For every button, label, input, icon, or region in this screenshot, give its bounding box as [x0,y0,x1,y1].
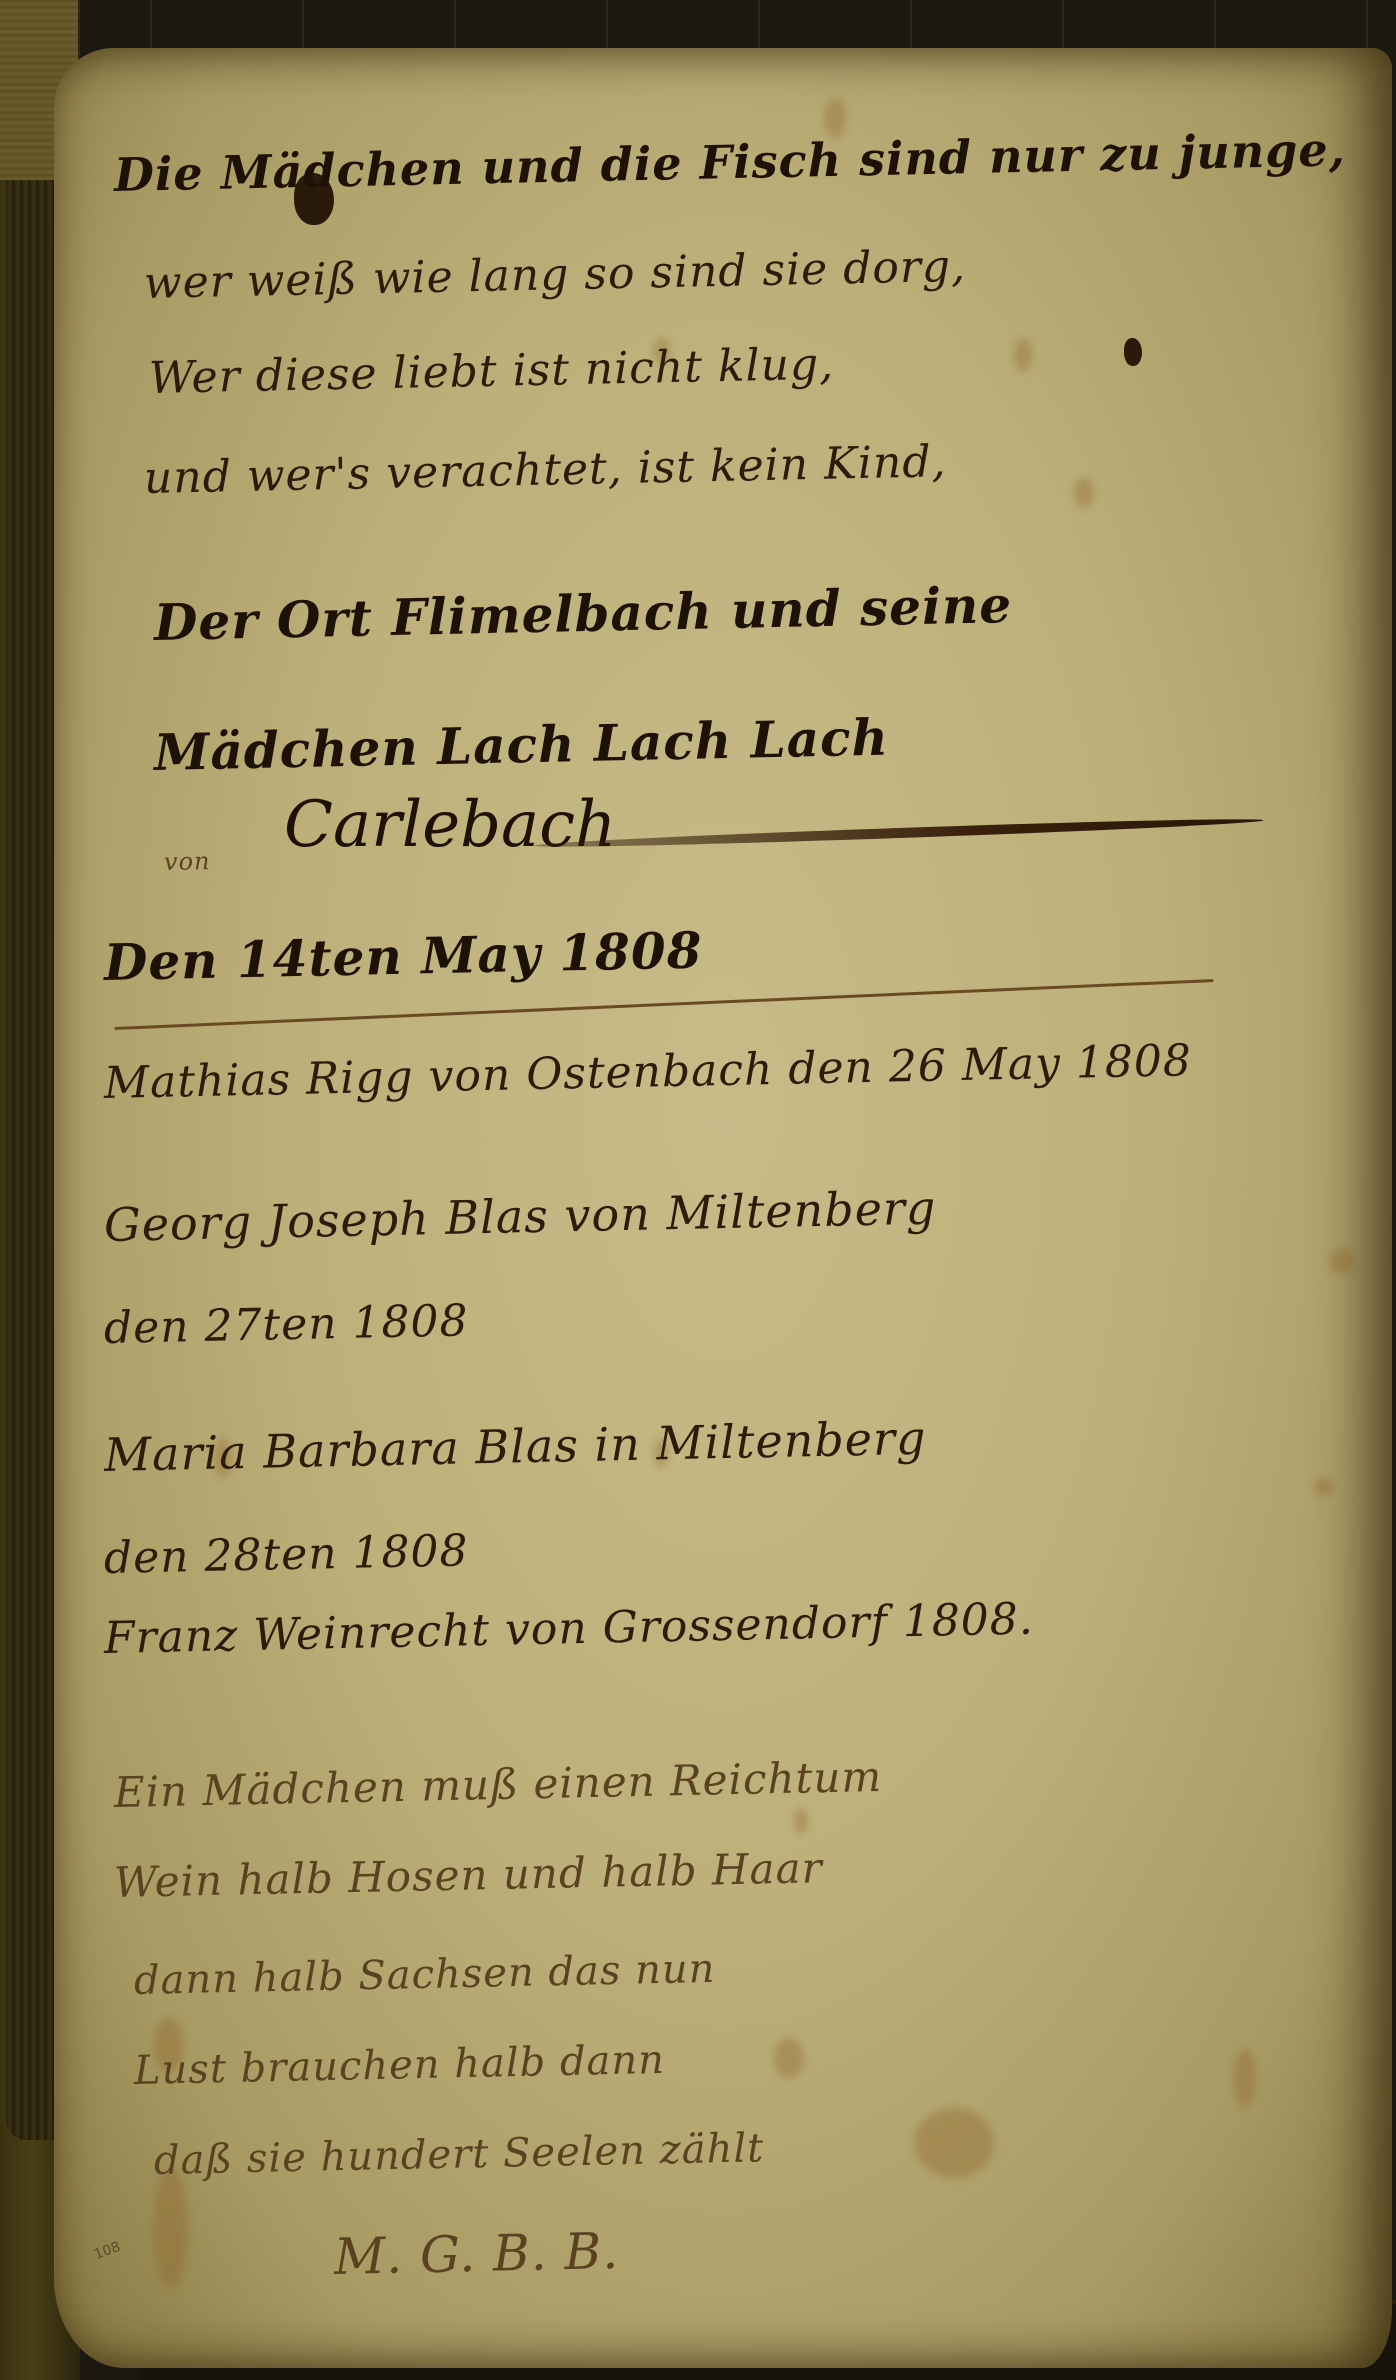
closing-initials: M. G. B. B. [333,2222,619,2286]
manuscript-page: Die Mädchen und die Fisch sind nur zu ju… [54,48,1392,2368]
entry-2-date: den 27ten 1808 [103,1295,469,1354]
pencil-page-number: 108 [92,2239,123,2263]
closing-verse-line-3: dann halb Sachsen das nun [134,1946,716,2004]
closing-verse-line-5: daß sie hundert Seelen zählt [154,2125,765,2184]
date-line: Den 14ten May 1808 [103,920,703,992]
foxing-spot [1314,1478,1334,1496]
signature-name: Carlebach [284,788,616,862]
ink-blot [1124,338,1142,366]
foxing-spot [774,2038,804,2078]
closing-verse-line-4: Lust brauchen halb dann [134,2037,666,2094]
entry-4: Franz Weinrecht von Grossendorf 1808. [103,1594,1034,1664]
foxing-spot [794,1808,808,1834]
signature-prefix: von [164,847,211,876]
entry-2-name: Georg Joseph Blas von Miltenberg [103,1181,936,1252]
foxing-spot [914,2108,994,2178]
signature-flourish [534,815,1264,850]
foxing-spot [1074,478,1094,508]
foxing-spot [154,2168,188,2288]
dedication-line-2: Mädchen Lach Lach Lach [153,708,889,782]
entry-3-name: Maria Barbara Blas in Miltenberg [103,1411,926,1482]
dedication-line-1: Der Ort Flimelbach und seine [153,575,1012,652]
verse-line-3: Wer diese liebt ist nicht klug, [148,339,834,404]
photo-scene: Die Mädchen und die Fisch sind nur zu ju… [0,0,1396,2380]
entry-1: Mathias Rigg von Ostenbach den 26 May 18… [103,1035,1192,1109]
foxing-spot [1014,338,1032,372]
closing-verse-line-1: Ein Mädchen muß einen Reichtum [113,1752,882,1817]
verse-line-4: und wer's verachtet, ist kein Kind, [143,436,946,504]
verse-line-2: wer weiß wie lang so sind sie dorg, [143,241,966,309]
verse-line-1: Die Mädchen und die Fisch sind nur zu ju… [113,122,1346,202]
foxing-spot [1329,1248,1355,1274]
closing-verse-line-2: Wein halb Hosen und halb Haar [113,1843,823,1907]
foxing-spot [1234,2048,1256,2108]
entry-3-date: den 28ten 1808 [103,1525,469,1584]
